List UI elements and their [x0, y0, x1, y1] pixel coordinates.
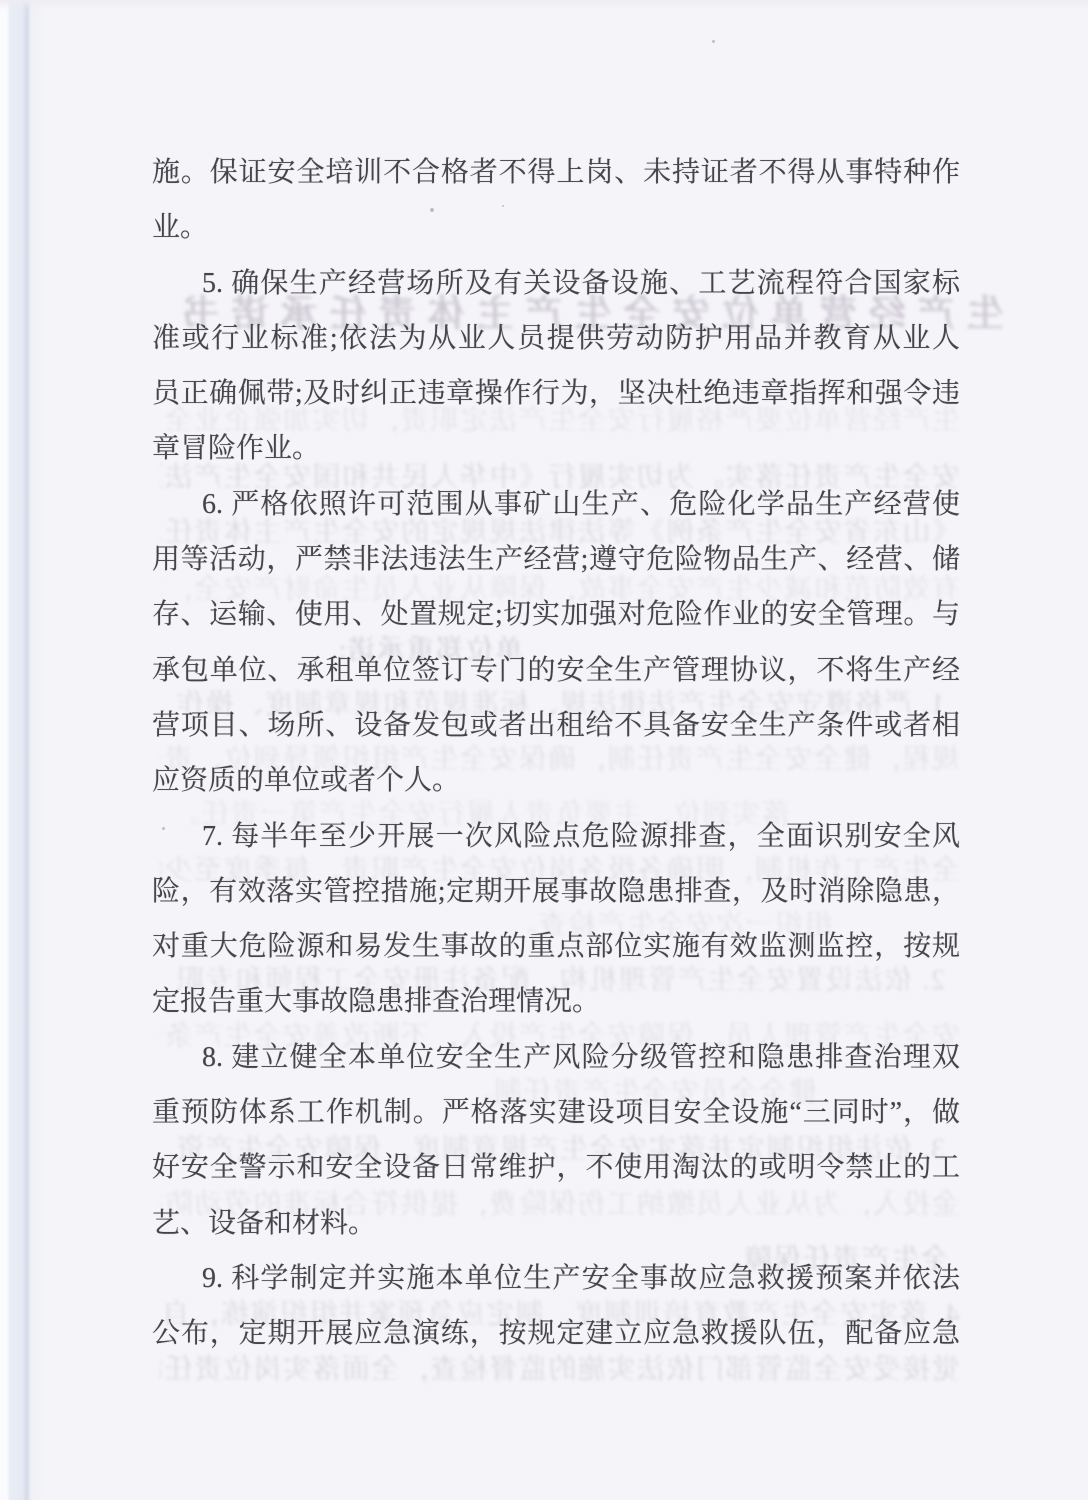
- text-line: 7. 每半年至少开展一次风险点危险源排查，全面识别安全风: [152, 809, 960, 864]
- text-line: 业。: [152, 200, 960, 255]
- text-line: 艺、设备和材料。: [152, 1196, 960, 1251]
- text-line: 9. 科学制定并实施本单位生产安全事故应急救援预案并依法: [152, 1251, 960, 1306]
- text-line: 5. 确保生产经营场所及有关设备设施、工艺流程符合国家标: [152, 256, 960, 311]
- text-line: 重预防体系工作机制。严格落实建设项目安全设施“三同时”，做: [152, 1085, 960, 1140]
- text-line: 承包单位、承租单位签订专门的安全生产管理协议，不将生产经: [152, 643, 960, 698]
- scan-speck: [430, 208, 434, 212]
- scan-speck: [502, 205, 504, 207]
- text-line: 6. 严格依照许可范围从事矿山生产、危险化学品生产经营使: [152, 477, 960, 532]
- text-line: 公布，定期开展应急演练，按规定建立应急救援队伍，配备应急: [152, 1306, 960, 1361]
- text-line: 对重大危险源和易发生事故的重点部位实施有效监测监控，按规: [152, 919, 960, 974]
- text-line: 存、运输、使用、处置规定;切实加强对危险作业的安全管理。与: [152, 587, 960, 642]
- scan-edge-left: [0, 0, 30, 1500]
- text-line: 险，有效落实管控措施;定期开展事故隐患排查，及时消除隐患，: [152, 864, 960, 919]
- text-line: 准或行业标准;依法为从业人员提供劳动防护用品并教育从业人: [152, 311, 960, 366]
- text-line: 员正确佩带;及时纠正违章操作行为，坚决杜绝违章指挥和强令违: [152, 366, 960, 421]
- scan-speck: [712, 40, 715, 43]
- text-line: 用等活动，严禁非法违法生产经营;遵守危险物品生产、经营、储: [152, 532, 960, 587]
- text-line: 施。保证安全培训不合格者不得上岗、未持证者不得从事特种作: [152, 145, 960, 200]
- scan-speck: [162, 827, 165, 830]
- text-line: 好安全警示和安全设备日常维护，不使用淘汰的或明令禁止的工: [152, 1140, 960, 1195]
- scanned-document-page: 生产经营单位安全生产主体责任承诺书生产经营单位要严格履行安全生产法定职责，切实加…: [0, 0, 1088, 1500]
- text-line: 8. 建立健全本单位安全生产风险分级管控和隐患排查治理双: [152, 1030, 960, 1085]
- text-line: 定报告重大事故隐患排查治理情况。: [152, 974, 960, 1029]
- scan-edge-top: [0, 0, 1088, 10]
- text-line: 章冒险作业。: [152, 421, 960, 476]
- text-line: 应资质的单位或者个人。: [152, 753, 960, 808]
- document-text: 施。保证安全培训不合格者不得上岗、未持证者不得从事特种作业。5. 确保生产经营场…: [152, 145, 960, 1362]
- text-line: 营项目、场所、设备发包或者出租给不具备安全生产条件或者相: [152, 698, 960, 753]
